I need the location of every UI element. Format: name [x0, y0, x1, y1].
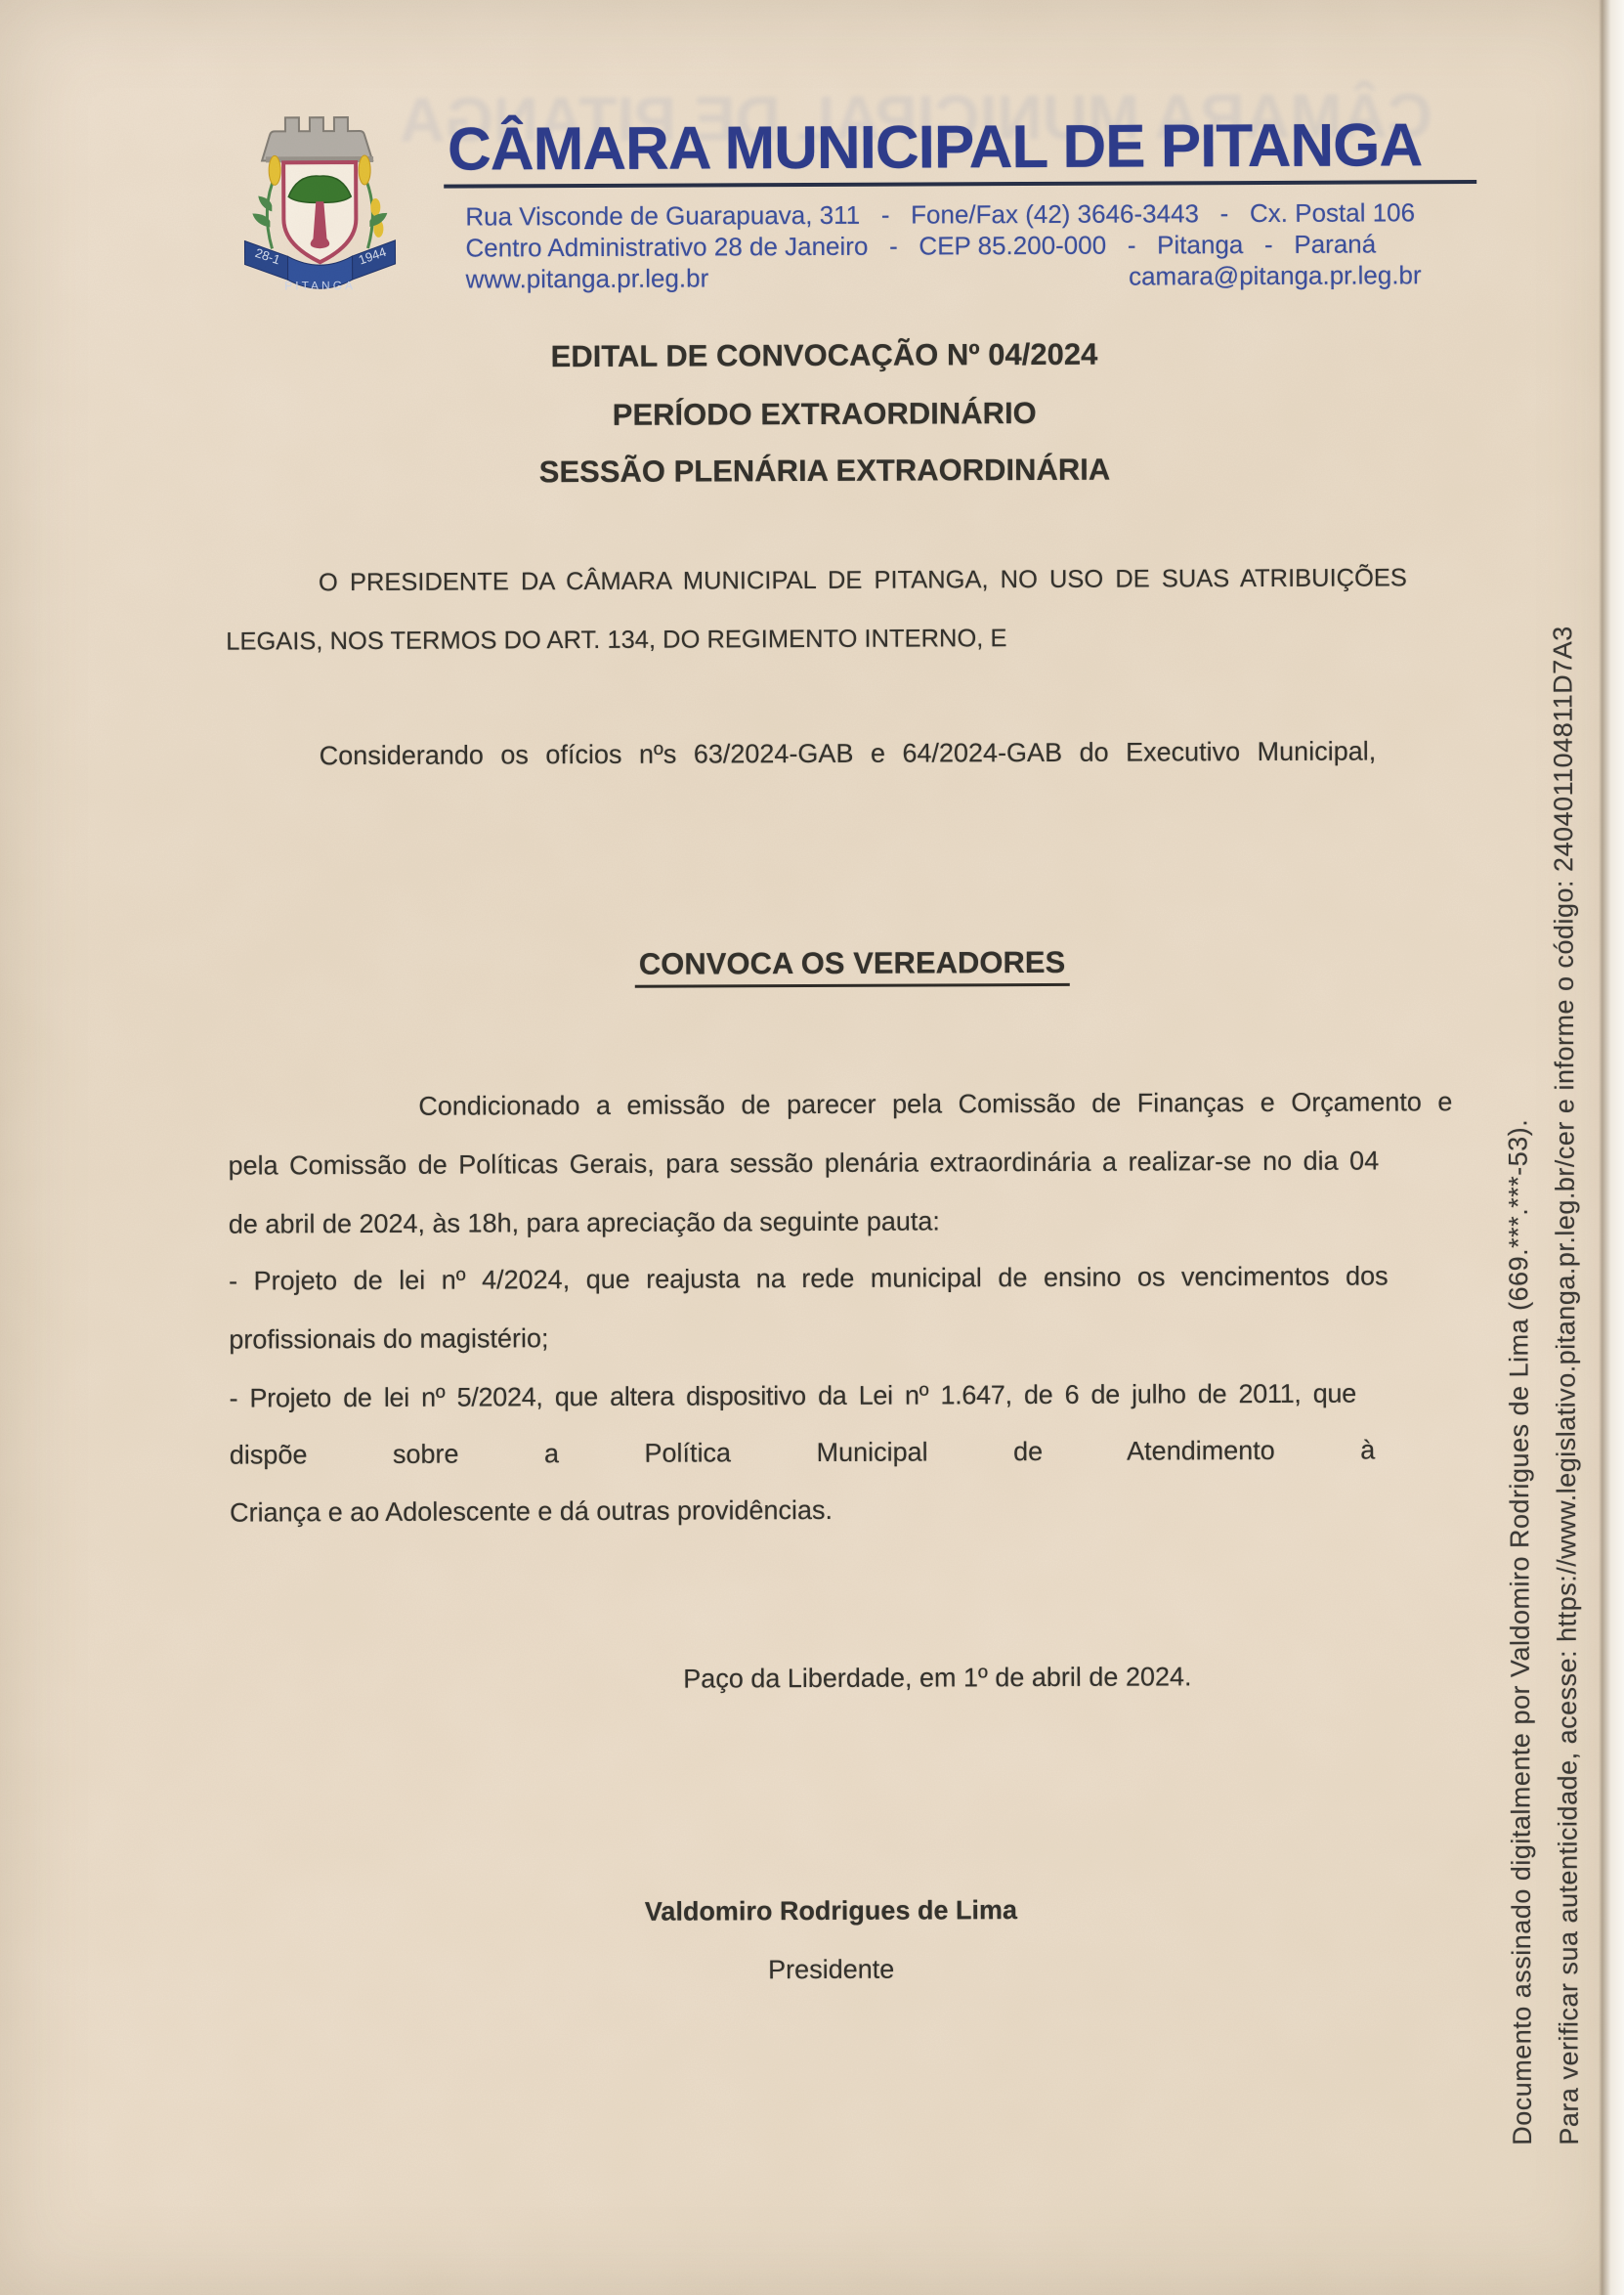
convoca-heading: CONVOCA OS VEREADORES [227, 908, 1426, 1024]
pitanga-coat-of-arms: 28-1 1944 PITANGA [227, 102, 413, 310]
intro-line-1: O PRESIDENTE DA CÂMARA MUNICIPAL DE PITA… [226, 564, 1517, 598]
header-website: www.pitanga.pr.leg.br [466, 263, 709, 294]
body-line-8: Criança e ao Adolescente e dá outras pro… [230, 1493, 1429, 1528]
scanned-document-page: CÂMARA MUNICIPAL DE PITANGA [0, 0, 1624, 2295]
body-line-1: Condicionado a emissão de parecer pela C… [228, 1086, 1617, 1122]
scan-edge [1599, 0, 1624, 2295]
body-line-6: - Projeto de lei nº 5/2024, que altera d… [230, 1378, 1429, 1413]
body-line-4: - Projeto de lei nº 4/2024, que reajusta… [229, 1261, 1428, 1296]
doc-heading-periodo: PERÍODO EXTRAORDINÁRIO [225, 394, 1424, 434]
header-email: camara@pitanga.pr.leg.br [1129, 260, 1422, 291]
signer-name: Valdomiro Rodrigues de Lima [232, 1893, 1431, 1928]
digital-signature-stamp-line1: Documento assinado digitalmente por Vald… [1503, 1119, 1538, 2145]
body-line-2: pela Comissão de Políticas Gerais, para … [229, 1146, 1428, 1181]
place-date-line: Paço da Liberdade, em 1º de abril de 202… [231, 1661, 1537, 1697]
convoca-heading-text: CONVOCA OS VEREADORES [635, 945, 1070, 988]
header-address-line1: Rua Visconde de Guarapuava, 311 - Fone/F… [465, 197, 1415, 232]
doc-heading-sessao: SESSÃO PLENÁRIA EXTRAORDINÁRIA [225, 451, 1424, 491]
crest-crown [262, 117, 372, 160]
body-line-5: profissionais do magistério; [229, 1320, 1428, 1355]
digital-signature-stamp-line2: Para verificar sua autenticidade, acesse… [1548, 626, 1585, 2145]
considering-line: Considerando os ofícios nºs 63/2024-GAB … [227, 736, 1518, 772]
body-line-7: dispõe sobre a Política Municipal de Ate… [230, 1435, 1429, 1470]
crest-city-name: PITANGA [284, 279, 356, 292]
crest-corn-right [359, 155, 370, 185]
signer-role: Presidente [232, 1952, 1431, 1987]
org-title: CÂMARA MUNICIPAL DE PITANGA [448, 110, 1483, 185]
intro-line-2: LEGAIS, NOS TERMOS DO ART. 134, DO REGIM… [226, 623, 1425, 656]
doc-heading-edital: EDITAL DE CONVOCAÇÃO Nº 04/2024 [225, 335, 1424, 375]
header-contact-row: www.pitanga.pr.leg.br camara@pitanga.pr.… [466, 260, 1422, 294]
body-line-3: de abril de 2024, às 18h, para apreciaçã… [229, 1204, 1428, 1239]
header-address-line2: Centro Administrativo 28 de Janeiro - CE… [465, 229, 1376, 263]
crest-wheat-left [269, 155, 280, 185]
